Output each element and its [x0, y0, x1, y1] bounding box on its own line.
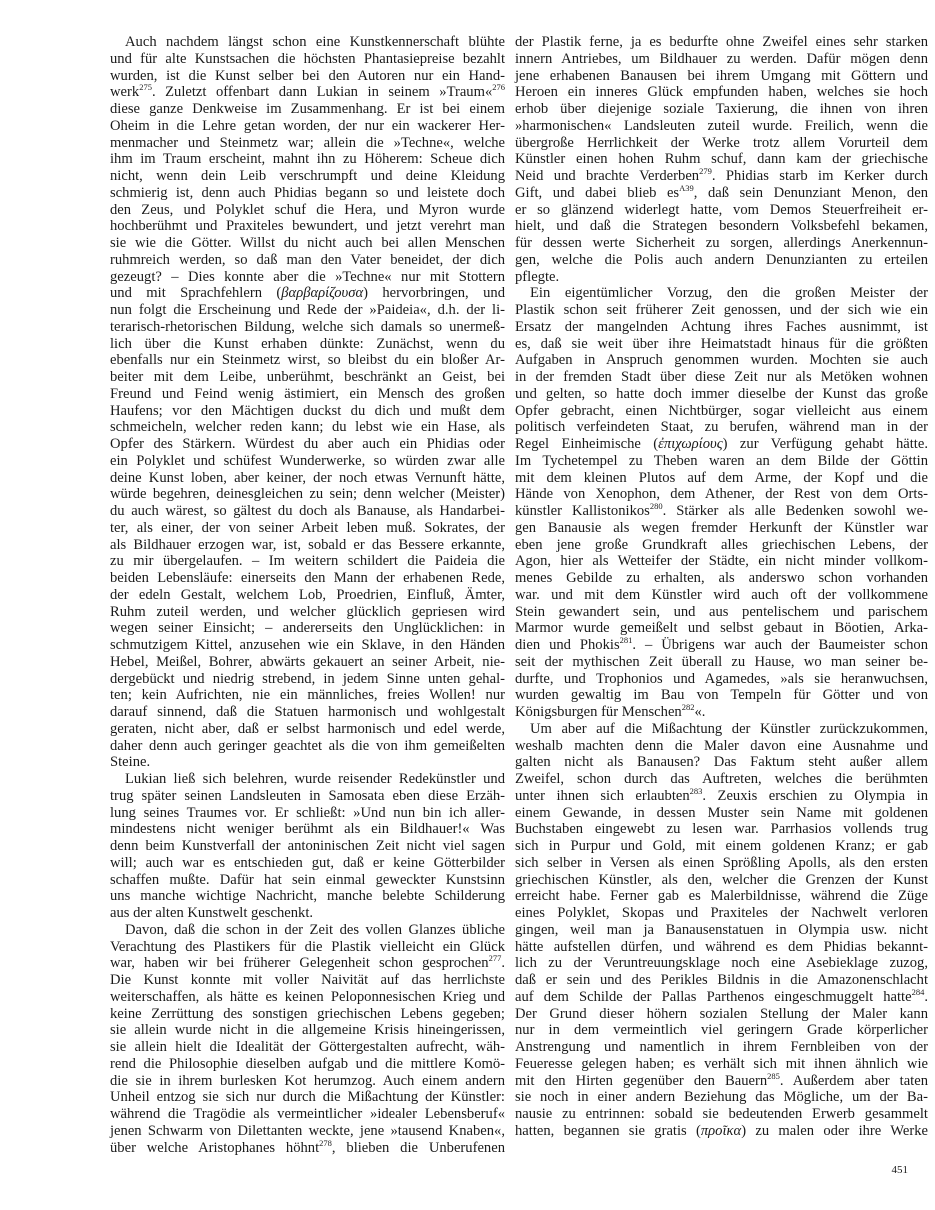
footnote-marker: 285 — [767, 1071, 780, 1081]
line-text: der Plastik ferne, ja es bedurfte ohne Z… — [515, 34, 928, 50]
text-line: Opfer des Stärkern. Würdest du aber auch… — [110, 436, 505, 453]
line-text: gezeugt? – Dies konnte aber die »Techne«… — [110, 269, 505, 285]
text-line: als Bildhauer erzogen war, ist, sobald e… — [110, 537, 505, 554]
line-text: Regel Einheimische ( — [515, 436, 658, 452]
text-line: Zweifel, schon durch das Auftreten, welc… — [515, 771, 928, 788]
text-line: mindestens nicht weniger berühmt als ein… — [110, 821, 505, 838]
text-line: in der fremden Stadt über diese Zeit nur… — [515, 369, 928, 386]
line-text: ebenfalls nur ein Steinmetz wirst, so bl… — [110, 352, 505, 368]
text-line: nur in dem vermeintlich viel geringern G… — [515, 1022, 928, 1039]
line-text: hochberühmt und Praxiteles bewundert, un… — [110, 218, 505, 234]
line-text: gingen, weil man ja Banausenstatuen in O… — [515, 922, 928, 938]
text-line: wurden, ist die Kunst selber bei den Aut… — [110, 68, 505, 85]
line-text: nicht, wenn dein Leib verschrumpft und d… — [110, 168, 505, 184]
line-text: werk — [110, 84, 139, 100]
line-text: in der fremden Stadt über diese Zeit nur… — [515, 369, 928, 385]
footnote-marker: 275 — [139, 82, 152, 92]
text-line: seit der mythischen Zeit überall zu Haus… — [515, 654, 928, 671]
line-text: und für alte Kunstsachen die höchsten Ph… — [110, 51, 505, 67]
line-text: lich über die Kunst erhaben dünkte: Zunä… — [110, 336, 505, 352]
line-text: erhob über diejenige soziale Taxierung, … — [515, 101, 928, 117]
text-line: ein Polyklet und schüfest Wunderwerke, s… — [110, 453, 505, 470]
text-line: Unheil entzog sie sich nur durch die Miß… — [110, 1089, 505, 1106]
text-line: lich zu der Veruntreuungsklage noch eine… — [515, 955, 928, 972]
text-line: terarisch-rhetorischen Bildung, welche s… — [110, 319, 505, 336]
line-text: nun folgt die Erscheinung und Rede der »… — [110, 302, 505, 318]
line-text: Verachtung des Plastikers für die Plasti… — [110, 939, 505, 955]
line-text: lung seines Traumes vor. Er schließt: »U… — [110, 805, 505, 821]
text-line: unter ihnen sich erlaubten283. Zeuxis er… — [515, 788, 928, 805]
footnote-marker: 281 — [620, 635, 633, 645]
text-line: schmutzigem Kittel, anzusehen wie ein Sk… — [110, 637, 505, 654]
text-line: weiterschaffen, als hätte es keinen Pelo… — [110, 989, 505, 1006]
text-line: dergebückt und niedrig strebend, in jede… — [110, 671, 505, 688]
line-text: diese ganze Denkweise im Zusammenhang. E… — [110, 101, 505, 117]
text-line: trug später seinen Landsleuten in Samosa… — [110, 788, 505, 805]
text-line: für dessen werte Sicherheit zu sorgen, a… — [515, 235, 928, 252]
text-line: gen Banausie als wegen fremder Herkunft … — [515, 520, 928, 537]
footnote-marker: 277 — [489, 953, 502, 963]
line-text: aus der alten Kunstwelt geschenkt. — [110, 905, 313, 921]
line-text: Stein gewandert sein, und aus pentelisch… — [515, 604, 928, 620]
line-text: sie allein hielt die Idealität der Götte… — [110, 1039, 505, 1055]
text-line: Buchstaben eingewebt zu lesen war. Parrh… — [515, 821, 928, 838]
line-text: gen Banausie als wegen fremder Herkunft … — [515, 520, 928, 536]
line-text: sich selber in Versen als einen Sprößlin… — [515, 855, 928, 871]
line-text: uns manche wichtige Nachricht, manche be… — [110, 888, 505, 904]
footnote-marker: 279 — [699, 166, 712, 176]
text-line: diese ganze Denkweise im Zusammenhang. E… — [110, 101, 505, 118]
line-text: seit der mythischen Zeit überall zu Haus… — [515, 654, 928, 670]
line-text: die sie in ihrem burlesken Kot herumzog.… — [110, 1073, 505, 1089]
line-text: Buchstaben eingewebt zu lesen war. Parrh… — [515, 821, 928, 837]
text-line: hochberühmt und Praxiteles bewundert, un… — [110, 218, 505, 235]
text-line: Ruhm zuteil werden, und welcher glücklic… — [110, 604, 505, 621]
text-line: Hebel, Meißel, Bohrer, abwärts gekauert … — [110, 654, 505, 671]
line-text: Unheil entzog sie sich nur durch die Miß… — [110, 1089, 505, 1105]
line-text: sie wie die Götter. Willst du nicht auch… — [110, 235, 505, 251]
text-line: Königsburgen für Menschen282«. — [515, 704, 928, 721]
line-text: ter, als einer, der von seiner Arbeit le… — [110, 520, 505, 536]
text-line: Verachtung des Plastikers für die Plasti… — [110, 939, 505, 956]
line-text: »harmonischen« Landsleuten zuteil wurde.… — [515, 118, 928, 134]
line-text: gen, welche die Polis auch andern Denunz… — [515, 252, 928, 268]
line-text: schmutzigem Kittel, anzusehen wie ein Sk… — [110, 637, 505, 653]
line-text: während die Tragödie als vermeintlicher … — [110, 1106, 505, 1122]
line-text: und mit Sprachfehlern ( — [110, 285, 281, 301]
text-line: mit den Hirten gegenüber den Bauern285. … — [515, 1073, 928, 1090]
footnote-marker: 278 — [319, 1138, 332, 1148]
text-line: will; auch war es entschieden gut, daß e… — [110, 855, 505, 872]
text-line: gezeugt? – Dies konnte aber die »Techne«… — [110, 269, 505, 286]
line-text: Hebel, Meißel, Bohrer, abwärts gekauert … — [110, 654, 505, 670]
line-text: Heroen ein inneres Glück empfunden haben… — [515, 84, 928, 100]
text-line: sie allein wurde nicht in die allgemeine… — [110, 1022, 505, 1039]
text-line: künstler Kallistonikos280. Stärker als a… — [515, 503, 928, 520]
line-text: lich zu der Veruntreuungsklage noch eine… — [515, 955, 928, 971]
line-text: der edeln Gestalt, welchem Lob, Proedrie… — [110, 587, 505, 603]
text-line: Stein gewandert sein, und aus pentelisch… — [515, 604, 928, 621]
line-text: daß er sein und des Perikles Bildnis in … — [515, 972, 928, 988]
text-line: durfte, und Trophonios und Agamedes, »al… — [515, 671, 928, 688]
line-text: sich in Purpur und Gold, mit einem golde… — [515, 838, 928, 854]
text-line: griechischen Künstler, als den, welcher … — [515, 872, 928, 889]
line-text: terarisch-rhetorischen Bildung, welche s… — [110, 319, 505, 335]
line-text-continued: ) zu malen oder ihre Werke — [741, 1123, 928, 1139]
line-text: einem Gewande, in dessen Muster sein Nam… — [515, 805, 928, 821]
line-text: war, haben wir bei früherer Gelegenheit … — [110, 955, 489, 971]
text-line: und für alte Kunstsachen die höchsten Ph… — [110, 51, 505, 68]
text-line: lich über die Kunst erhaben dünkte: Zunä… — [110, 336, 505, 353]
line-text: mit den Hirten gegenüber den Bauern — [515, 1073, 767, 1089]
text-line: »harmonischen« Landsleuten zuteil wurde.… — [515, 118, 928, 135]
line-text: rend die Philosophie dieselben aufgab un… — [110, 1056, 505, 1072]
text-line: war. und mit dem Künstler wird auch oft … — [515, 587, 928, 604]
line-text: Gift, und dabei blieb es — [515, 185, 679, 201]
line-text-continued: «. — [694, 704, 705, 720]
line-text: innern Antriebes, um Bildhauer zu werden… — [515, 51, 928, 67]
line-text: keine Zerrüttung des sonstigen griechisc… — [110, 1006, 505, 1022]
line-text: denn beim Kunstverfall der antoninischen… — [110, 838, 505, 854]
page-number: 451 — [880, 1164, 908, 1176]
text-line: es, daß sie weit über ihre Heimatstadt h… — [515, 336, 928, 353]
line-text: pflegte. — [515, 269, 559, 285]
line-text: Hände von Xenophon, dem Athener, der Res… — [515, 486, 928, 502]
line-text: Ersatz der mangelnden Achtung ihres Fach… — [515, 319, 928, 335]
text-line: Agon, hier als Wetteifer der Städte, ein… — [515, 553, 928, 570]
text-line: Die Kunst konnte mit voller Naivität auf… — [110, 972, 505, 989]
line-text: Steine. — [110, 754, 150, 770]
line-text-continued: . Phidias starb im Kerker durch — [712, 168, 928, 184]
line-text: mindestens nicht weniger berühmt als ein… — [110, 821, 505, 837]
line-text-continued: , blieben die Unberufenen — [332, 1140, 505, 1156]
line-text: schaffen mußte. Dafür hat sein einmal ge… — [110, 872, 505, 888]
line-text: durfte, und Trophonios und Agamedes, »al… — [515, 671, 928, 687]
line-text: hatten, begannen sie gratis ( — [515, 1123, 701, 1139]
text-line: wurden gewaltig im Bau von Tempeln für G… — [515, 687, 928, 704]
text-line: daher denn auch geringer geachtet als di… — [110, 738, 505, 755]
text-line: der edeln Gestalt, welchem Lob, Proedrie… — [110, 587, 505, 604]
text-line: würde begehren, deinesgleichen zu sein; … — [110, 486, 505, 503]
text-line: hatten, begannen sie gratis (προῖκα) zu … — [515, 1123, 928, 1140]
text-line: nicht, wenn dein Leib verschrumpft und d… — [110, 168, 505, 185]
text-line: pflegte. — [515, 269, 928, 286]
line-text: griechischen Künstler, als den, welcher … — [515, 872, 928, 888]
footnote-marker: 282 — [682, 702, 695, 712]
line-text: eines Polyklet, Skopas und Praxiteles de… — [515, 905, 928, 921]
text-line: ihm im Traum erscheint, mahnt ihn zu Höh… — [110, 151, 505, 168]
text-line: über welche Aristophanes höhnt278, blieb… — [110, 1140, 505, 1157]
text-line: war, haben wir bei früherer Gelegenheit … — [110, 955, 505, 972]
text-line: den Zeus, und Polyklet schuf die Hera, u… — [110, 202, 505, 219]
line-text: künstler Kallistonikos — [515, 503, 650, 519]
footnote-marker: 283 — [690, 786, 703, 796]
text-line: gen, welche die Polis auch andern Denunz… — [515, 252, 928, 269]
line-text-continued: . – Übrigens war auch der Baumeister sch… — [632, 637, 928, 653]
text-line: daß er sein und des Perikles Bildnis in … — [515, 972, 928, 989]
line-text: ein Polyklet und schüfest Wunderwerke, s… — [110, 453, 505, 469]
line-text: galten nicht als Banausen? Das Faktum st… — [515, 754, 928, 770]
text-line: gingen, weil man ja Banausenstatuen in O… — [515, 922, 928, 939]
line-text: über welche Aristophanes höhnt — [110, 1140, 319, 1156]
line-text: sie noch in einer andern Beziehung das M… — [515, 1089, 928, 1105]
text-line: Oheim in die Lehre getan worden, der nur… — [110, 118, 505, 135]
text-line: sie wie die Götter. Willst du nicht auch… — [110, 235, 505, 252]
line-text: nausie zu entrinnen: sobald sie bedeuten… — [515, 1106, 928, 1122]
line-text: Feueresse gelegen haben; es verhält sich… — [515, 1056, 928, 1072]
text-line: deine Kunst loben, aber keiner, der noch… — [110, 470, 505, 487]
line-text: beiter mit dem Leibe, unberühmt, beschrä… — [110, 369, 505, 385]
text-line: beiden Lebensläufe: einerseits den Mann … — [110, 570, 505, 587]
text-line: erreicht habe. Ferner gab es Malerbildni… — [515, 888, 928, 905]
text-line: eben jene große Grundkraft alles griechi… — [515, 537, 928, 554]
line-text: er so glänzend widerlegt hatte, vom Demo… — [515, 202, 928, 218]
line-text-continued: ) hervorbringen, und — [363, 285, 505, 301]
greek-term: βαρβαρίζουσα — [281, 285, 363, 301]
text-line: lung seines Traumes vor. Er schließt: »U… — [110, 805, 505, 822]
text-line: Künstler einen hohen Ruhm schuf, dann ka… — [515, 151, 928, 168]
line-text: will; auch war es entschieden gut, daß e… — [110, 855, 505, 871]
text-line: Steine. — [110, 754, 505, 771]
text-line: denn beim Kunstverfall der antoninischen… — [110, 838, 505, 855]
footnote-marker: 284 — [912, 987, 925, 997]
line-text: Aufgaben in Anspruch genommen wurden. Mo… — [515, 352, 928, 368]
text-line: galten nicht als Banausen? Das Faktum st… — [515, 754, 928, 771]
text-line: während die Tragödie als vermeintlicher … — [110, 1106, 505, 1123]
line-text: deine Kunst loben, aber keiner, der noch… — [110, 470, 505, 486]
text-line: der Plastik ferne, ja es bedurfte ohne Z… — [515, 34, 928, 51]
text-line: die sie in ihrem burlesken Kot herumzog.… — [110, 1073, 505, 1090]
line-text: weiterschaffen, als hätte es keinen Pelo… — [110, 989, 505, 1005]
left-text-column: Auch nachdem längst schon eine Kunstkenn… — [110, 34, 505, 1156]
text-line: ter, als einer, der von seiner Arbeit le… — [110, 520, 505, 537]
text-line: er so glänzend widerlegt hatte, vom Demo… — [515, 202, 928, 219]
text-line: auf dem Schilde der Pallas Parthenos ein… — [515, 989, 928, 1006]
text-line: Regel Einheimische (ἐπιχωρίους) zur Verf… — [515, 436, 928, 453]
greek-term: προῖκα — [701, 1123, 741, 1139]
line-text: ruhmreich werden, so daß man den Vater b… — [110, 252, 505, 268]
line-text: Haufens; vor den Mächtigen duckst du dic… — [110, 403, 505, 419]
text-line: und mit Sprachfehlern (βαρβαρίζουσα) her… — [110, 285, 505, 302]
line-text: jenen Schwarm von Dilettanten weckte, je… — [110, 1123, 505, 1139]
line-text: Davon, daß die schon in der Zeit des vol… — [125, 922, 505, 938]
line-text: ten; kein Aufrichten, nie ein männliches… — [110, 687, 505, 703]
line-text: Auch nachdem längst schon eine Kunstkenn… — [125, 34, 505, 50]
line-text: Im Tychetempel zu Theben waren an dem Bi… — [515, 453, 928, 469]
line-text: Neid und brachte Verderben — [515, 168, 699, 184]
line-text: hielt, und daß die Strategen besondern V… — [515, 218, 928, 234]
line-text: Marmor wurde gemeißelt und selbst gebaut… — [515, 620, 928, 636]
line-text: menmacher und Steinmetz war; allein die … — [110, 135, 505, 151]
text-line: geraten, nicht aber, daß er selbst harmo… — [110, 721, 505, 738]
text-line: Ersatz der mangelnden Achtung ihres Fach… — [515, 319, 928, 336]
line-text: Die Kunst konnte mit voller Naivität auf… — [110, 972, 505, 988]
text-line: politisch verfeindeten Staat, zu berufen… — [515, 419, 928, 436]
line-text-continued: . Zeuxis erschien zu Olympia in — [702, 788, 928, 804]
text-line: Neid und brachte Verderben279. Phidias s… — [515, 168, 928, 185]
text-line: wegen seiner Einsicht; – andererseits de… — [110, 620, 505, 637]
line-text: den Zeus, und Polyklet schuf die Hera, u… — [110, 202, 505, 218]
text-line: Gift, und dabei blieb esA39, daß sein De… — [515, 185, 928, 202]
line-text-continued: . — [501, 955, 505, 971]
line-text: daher denn auch geringer geachtet als di… — [110, 738, 505, 754]
line-text: jene erhabenen Banausen bei ihrem Umgang… — [515, 68, 928, 84]
footnote-marker: A39 — [679, 183, 694, 193]
line-text: ihm im Traum erscheint, mahnt ihn zu Höh… — [110, 151, 505, 167]
line-text-continued: ) zur Verfügung gehabt hätte. — [723, 436, 928, 452]
line-text: sie allein wurde nicht in die allgemeine… — [110, 1022, 505, 1038]
line-text: für dessen werte Sicherheit zu sorgen, a… — [515, 235, 928, 251]
text-line: sich in Purpur und Gold, mit einem golde… — [515, 838, 928, 855]
footnote-marker: 280 — [650, 501, 663, 511]
line-text: Der Grund dieser höhern sozialen Stellun… — [515, 1006, 928, 1022]
line-text: auf dem Schilde der Pallas Parthenos ein… — [515, 989, 912, 1005]
text-line: ten; kein Aufrichten, nie ein männliches… — [110, 687, 505, 704]
footnote-marker: 276 — [492, 82, 505, 92]
line-text: wurden, ist die Kunst selber bei den Aut… — [110, 68, 505, 84]
line-text: Um aber auf die Mißachtung der Künstler … — [530, 721, 928, 737]
line-text: nur in dem vermeintlich viel geringern G… — [515, 1022, 928, 1038]
line-text-continued: . — [924, 989, 928, 1005]
line-text: Freund und Feind wenig ästimiert, ein Me… — [110, 386, 505, 402]
text-line: rend die Philosophie dieselben aufgab un… — [110, 1056, 505, 1073]
text-line: Freund und Feind wenig ästimiert, ein Me… — [110, 386, 505, 403]
text-line: Opfer gebracht, einen Nichtbürger, sogar… — [515, 403, 928, 420]
text-line: menmacher und Steinmetz war; allein die … — [110, 135, 505, 152]
line-text: Künstler einen hohen Ruhm schuf, dann ka… — [515, 151, 928, 167]
line-text: geraten, nicht aber, daß er selbst harmo… — [110, 721, 505, 737]
line-text: erreicht habe. Ferner gab es Malerbildni… — [515, 888, 928, 904]
text-line: beiter mit dem Leibe, unberühmt, beschrä… — [110, 369, 505, 386]
text-line: ruhmreich werden, so daß man den Vater b… — [110, 252, 505, 269]
text-line: Hände von Xenophon, dem Athener, der Res… — [515, 486, 928, 503]
line-text: wurden gewaltig im Bau von Tempeln für G… — [515, 687, 928, 703]
line-text: wegen seiner Einsicht; – andererseits de… — [110, 620, 505, 636]
text-line: schmierig ist, denn auch Phidias begann … — [110, 185, 505, 202]
text-line: Anstrengung und namentlich in ihrem Fern… — [515, 1039, 928, 1056]
text-line: sich selber in Versen als einen Sprößlin… — [515, 855, 928, 872]
text-line: Davon, daß die schon in der Zeit des vol… — [110, 922, 505, 939]
text-line: darauf sinnend, daß die Statuen harmonis… — [110, 704, 505, 721]
line-text: zu mir übergelaufen. – Im weitern schild… — [110, 553, 505, 569]
text-line: dien und Phokis281. – Übrigens war auch … — [515, 637, 928, 654]
text-line: sie allein hielt die Idealität der Götte… — [110, 1039, 505, 1056]
text-line: zu mir übergelaufen. – Im weitern schild… — [110, 553, 505, 570]
text-line: Heroen ein inneres Glück empfunden haben… — [515, 84, 928, 101]
line-text: mit dem kleinen Plutos auf dem Arme, der… — [515, 470, 928, 486]
text-line: aus der alten Kunstwelt geschenkt. — [110, 905, 505, 922]
text-line: werk275. Zuletzt offenbart dann Lukian i… — [110, 84, 505, 101]
line-text: politisch verfeindeten Staat, zu berufen… — [515, 419, 928, 435]
line-text: trug später seinen Landsleuten in Samosa… — [110, 788, 505, 804]
text-line: schmeicheln, welcher reden kann; du lebs… — [110, 419, 505, 436]
line-text: Plastik schon seit früherer Zeit genosse… — [515, 302, 928, 318]
line-text: beiden Lebensläufe: einerseits den Mann … — [110, 570, 505, 586]
line-text: darauf sinnend, daß die Statuen harmonis… — [110, 704, 505, 720]
line-text: Anstrengung und namentlich in ihrem Fern… — [515, 1039, 928, 1055]
right-text-column: der Plastik ferne, ja es bedurfte ohne Z… — [515, 34, 928, 1140]
text-line: uns manche wichtige Nachricht, manche be… — [110, 888, 505, 905]
line-text: weshalb machten denn die Maler davon ein… — [515, 738, 928, 754]
line-text: dergebückt und niedrig strebend, in jede… — [110, 671, 505, 687]
line-text: Agon, hier als Wetteifer der Städte, ein… — [515, 553, 928, 569]
line-text: Ein eigentümlicher Vorzug, den die große… — [530, 285, 928, 301]
text-line: Haufens; vor den Mächtigen duckst du dic… — [110, 403, 505, 420]
line-text: dien und Phokis — [515, 637, 620, 653]
text-line: hielt, und daß die Strategen besondern V… — [515, 218, 928, 235]
text-line: Aufgaben in Anspruch genommen wurden. Mo… — [515, 352, 928, 369]
text-line: Um aber auf die Mißachtung der Künstler … — [515, 721, 928, 738]
line-text: Opfer gebracht, einen Nichtbürger, sogar… — [515, 403, 928, 419]
text-line: innern Antriebes, um Bildhauer zu werden… — [515, 51, 928, 68]
line-text-continued: . Zuletzt offenbart dann Lukian in seine… — [152, 84, 492, 100]
text-line: mit dem kleinen Plutos auf dem Arme, der… — [515, 470, 928, 487]
line-text: Königsburgen für Menschen — [515, 704, 682, 720]
text-line: jene erhabenen Banausen bei ihrem Umgang… — [515, 68, 928, 85]
text-line: hätte aufstellen dürfen, und während es … — [515, 939, 928, 956]
text-line: Im Tychetempel zu Theben waren an dem Bi… — [515, 453, 928, 470]
text-line: Feueresse gelegen haben; es verhält sich… — [515, 1056, 928, 1073]
line-text: Ruhm zuteil werden, und welcher glücklic… — [110, 604, 505, 620]
text-line: du auch wärest, so gältest du doch als B… — [110, 503, 505, 520]
text-line: erhob über diejenige soziale Taxierung, … — [515, 101, 928, 118]
text-line: jenen Schwarm von Dilettanten weckte, je… — [110, 1123, 505, 1140]
line-text: hätte aufstellen dürfen, und während es … — [515, 939, 928, 955]
line-text: Zweifel, schon durch das Auftreten, welc… — [515, 771, 928, 787]
text-line: nun folgt die Erscheinung und Rede der »… — [110, 302, 505, 319]
text-line: Marmor wurde gemeißelt und selbst gebaut… — [515, 620, 928, 637]
text-line: Lukian ließ sich belehren, wurde reisend… — [110, 771, 505, 788]
text-line: keine Zerrüttung des sonstigen griechisc… — [110, 1006, 505, 1023]
line-text: es, daß sie weit über ihre Heimatstadt h… — [515, 336, 928, 352]
line-text: eben jene große Grundkraft alles griechi… — [515, 537, 928, 553]
greek-term: ἐπιχωρίους — [658, 436, 723, 452]
text-line: eines Polyklet, Skopas und Praxiteles de… — [515, 905, 928, 922]
line-text-continued: , daß sein Denunziant Menon, den — [694, 185, 928, 201]
line-text: würde begehren, deinesgleichen zu sein; … — [110, 486, 505, 502]
text-line: nausie zu entrinnen: sobald sie bedeuten… — [515, 1106, 928, 1123]
text-line: übergroße Herrlichkeit der Werke trotz a… — [515, 135, 928, 152]
text-line: ebenfalls nur ein Steinmetz wirst, so bl… — [110, 352, 505, 369]
text-line: sie noch in einer andern Beziehung das M… — [515, 1089, 928, 1106]
line-text: und gelten, so hatte doch immer dieselbe… — [515, 386, 928, 402]
text-line: Plastik schon seit früherer Zeit genosse… — [515, 302, 928, 319]
line-text-continued: . Stärker als alle Bedenken sowohl we- — [663, 503, 928, 519]
line-text: menes Gebilde zu erhalten, als anderswo … — [515, 570, 928, 586]
text-line: weshalb machten denn die Maler davon ein… — [515, 738, 928, 755]
text-line: einem Gewande, in dessen Muster sein Nam… — [515, 805, 928, 822]
line-text: übergroße Herrlichkeit der Werke trotz a… — [515, 135, 928, 151]
line-text: Opfer des Stärkern. Würdest du aber auch… — [110, 436, 505, 452]
line-text-continued: . Außerdem aber taten — [780, 1073, 928, 1089]
line-text: unter ihnen sich erlaubten — [515, 788, 690, 804]
text-line: Ein eigentümlicher Vorzug, den die große… — [515, 285, 928, 302]
line-text: schmierig ist, denn auch Phidias begann … — [110, 185, 505, 201]
text-line: und gelten, so hatte doch immer dieselbe… — [515, 386, 928, 403]
line-text: Lukian ließ sich belehren, wurde reisend… — [125, 771, 505, 787]
line-text: als Bildhauer erzogen war, ist, sobald e… — [110, 537, 505, 553]
line-text: Oheim in die Lehre getan worden, der nur… — [110, 118, 505, 134]
text-line: Der Grund dieser höhern sozialen Stellun… — [515, 1006, 928, 1023]
text-line: Auch nachdem längst schon eine Kunstkenn… — [110, 34, 505, 51]
text-line: schaffen mußte. Dafür hat sein einmal ge… — [110, 872, 505, 889]
text-line: menes Gebilde zu erhalten, als anderswo … — [515, 570, 928, 587]
line-text: du auch wärest, so gältest du doch als B… — [110, 503, 505, 519]
line-text: schmeicheln, welcher reden kann; du lebs… — [110, 419, 505, 435]
line-text: war. und mit dem Künstler wird auch oft … — [515, 587, 928, 603]
